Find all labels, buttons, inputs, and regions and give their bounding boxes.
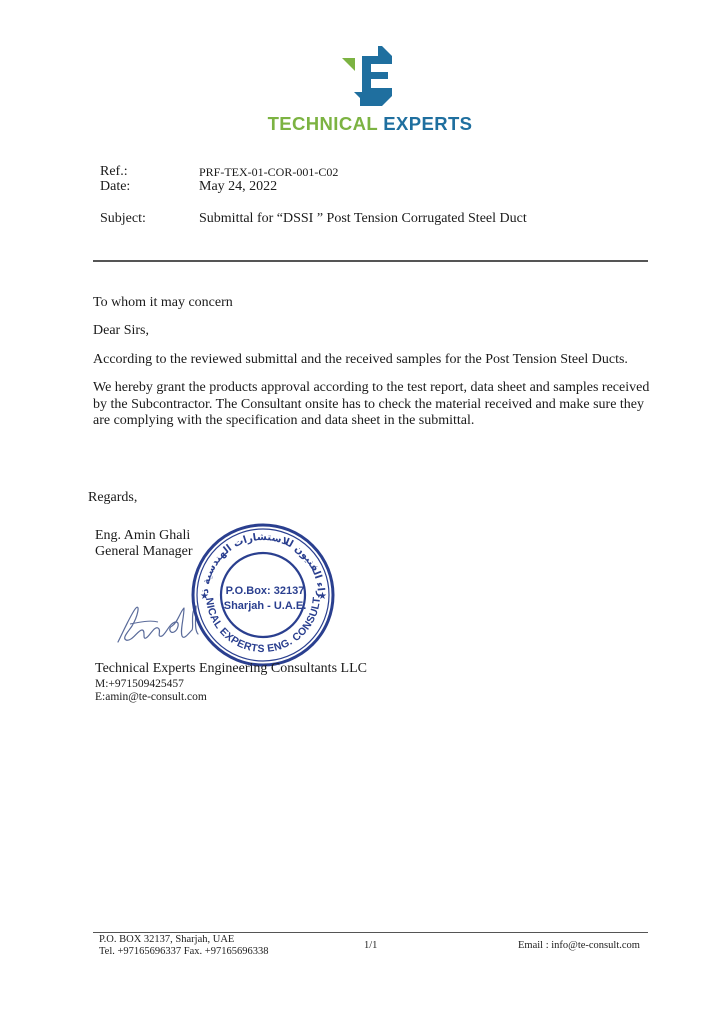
logo-word-technical: TECHNICAL	[268, 113, 378, 134]
ref-value: PRF-TEX-01-COR-001-C02	[199, 165, 338, 180]
svg-text:★: ★	[200, 591, 209, 602]
date-label: Date:	[100, 179, 130, 195]
logo-word-experts: EXPERTS	[383, 113, 472, 134]
company-logo-text: TECHNICAL EXPERTS	[0, 113, 725, 135]
page-number: 1/1	[364, 940, 377, 952]
salutation-dear: Dear Sirs,	[93, 323, 653, 340]
signatory-title: General Manager	[95, 544, 193, 560]
footer-divider	[93, 932, 648, 933]
signatory-name: Eng. Amin Ghali	[95, 528, 190, 544]
svg-text:P.O.Box: 32137: P.O.Box: 32137	[226, 585, 305, 597]
regards-text: Regards,	[88, 490, 137, 506]
ref-label: Ref.:	[100, 164, 128, 180]
salutation-general: To whom it may concern	[93, 295, 653, 312]
body-paragraph-2: We hereby grant the products approval ac…	[93, 380, 653, 430]
header-divider	[93, 260, 648, 262]
company-stamp-icon: الخبراء الفنيون للاستشارات الهندسية ذ.م.…	[190, 522, 336, 668]
footer-email: Email : info@te-consult.com	[518, 940, 640, 952]
date-value: May 24, 2022	[199, 179, 277, 195]
subject-value: Submittal for “DSSI ” Post Tension Corru…	[199, 211, 527, 227]
footer-address: P.O. BOX 32137, Sharjah, UAE	[99, 934, 234, 946]
svg-text:★: ★	[318, 591, 327, 602]
svg-text:Sharjah - U.A.E.: Sharjah - U.A.E.	[224, 600, 307, 612]
footer-phone-fax: Tel. +97165696337 Fax. +97165696338	[99, 946, 268, 958]
company-logo-icon	[338, 44, 402, 108]
company-name: Technical Experts Engineering Consultant…	[95, 661, 367, 677]
signatory-mobile: M:+971509425457	[95, 678, 184, 692]
subject-label: Subject:	[100, 211, 146, 227]
signatory-email: E:amin@te-consult.com	[95, 691, 207, 705]
body-paragraph-1: According to the reviewed submittal and …	[93, 352, 653, 369]
